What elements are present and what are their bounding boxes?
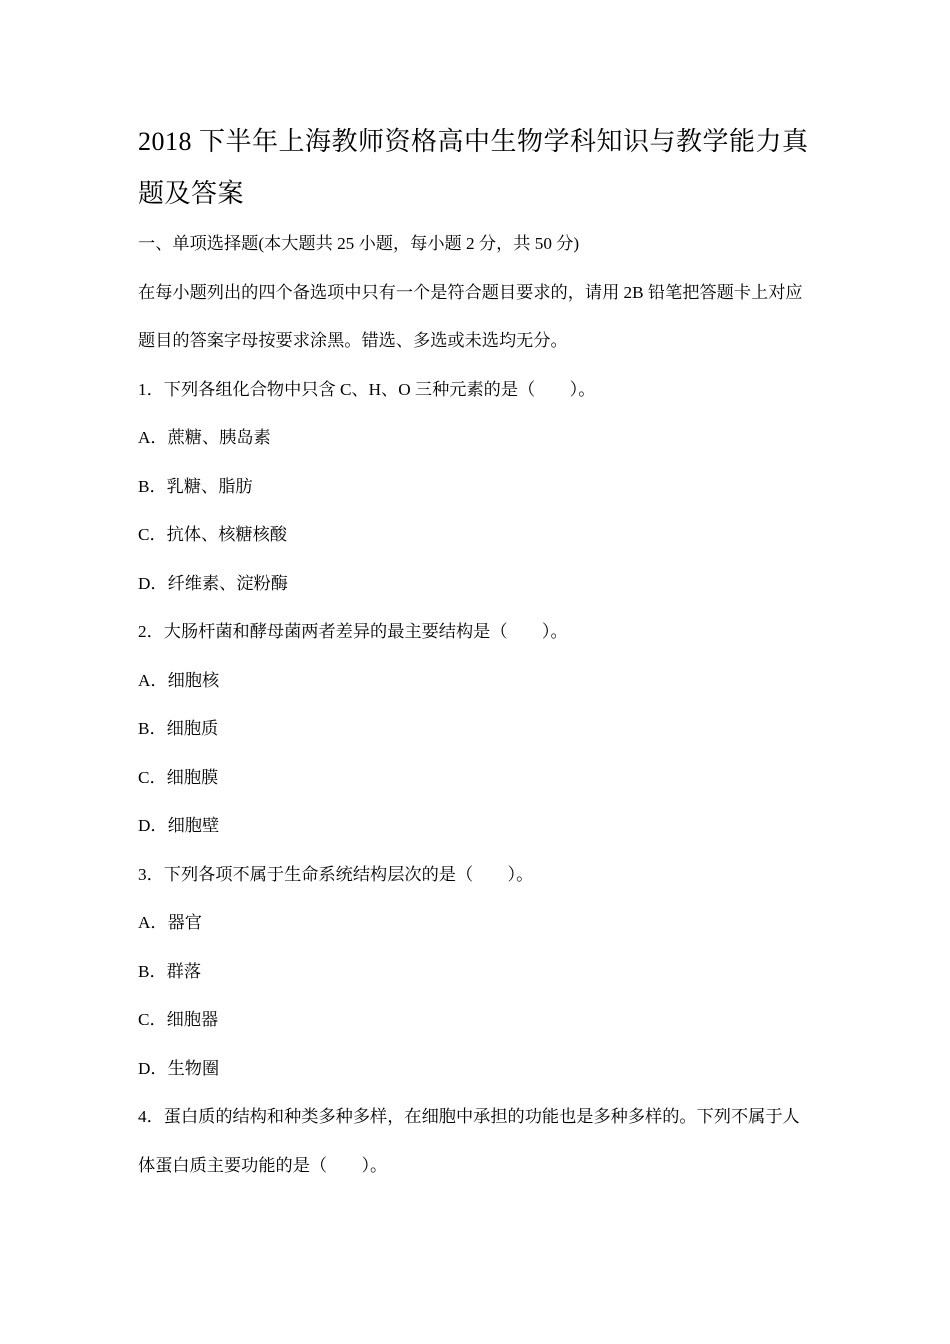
question-1-option-b: B．乳糖、脂肪 xyxy=(138,463,812,512)
option-label: C． xyxy=(138,768,167,787)
question-2-option-b: B．细胞质 xyxy=(138,705,812,754)
option-label: B． xyxy=(138,962,167,981)
option-text: 纤维素、淀粉酶 xyxy=(168,574,288,593)
option-label: D． xyxy=(138,574,168,593)
question-2-text: 大肠杆菌和酵母菌两者差异的最主要结构是（ ）。 xyxy=(164,622,568,641)
option-text: 器官 xyxy=(168,913,202,932)
question-1-option-d: D．纤维素、淀粉酶 xyxy=(138,560,812,609)
question-3-number: 3． xyxy=(138,865,164,884)
option-text: 群落 xyxy=(167,962,201,981)
section-instructions: 在每小题列出的四个备选项中只有一个是符合题目要求的，请用 2B 铅笔把答题卡上对… xyxy=(138,269,812,366)
question-1-option-c: C．抗体、核糖核酸 xyxy=(138,511,812,560)
option-text: 细胞器 xyxy=(167,1010,219,1029)
question-2: 2．大肠杆菌和酵母菌两者差异的最主要结构是（ ）。 A．细胞核 B．细胞质 C．… xyxy=(138,608,812,851)
option-text: 细胞核 xyxy=(168,671,220,690)
option-text: 抗体、核糖核酸 xyxy=(167,525,287,544)
question-3-option-a: A．器官 xyxy=(138,899,812,948)
question-1-text: 下列各组化合物中只含 C、H、O 三种元素的是（ ）。 xyxy=(164,380,596,399)
question-4-number: 4． xyxy=(138,1107,164,1126)
question-1-number: 1． xyxy=(138,380,164,399)
option-text: 细胞壁 xyxy=(168,816,220,835)
question-2-stem: 2．大肠杆菌和酵母菌两者差异的最主要结构是（ ）。 xyxy=(138,608,812,657)
question-2-number: 2． xyxy=(138,622,164,641)
option-label: D． xyxy=(138,816,168,835)
question-2-option-a: A．细胞核 xyxy=(138,657,812,706)
option-label: C． xyxy=(138,1010,167,1029)
option-label: C． xyxy=(138,525,167,544)
option-label: B． xyxy=(138,719,167,738)
document-page: 2018 下半年上海教师资格高中生物学科知识与教学能力真题及答案 一、单项选择题… xyxy=(0,0,950,1344)
option-text: 蔗糖、胰岛素 xyxy=(168,428,271,447)
option-text: 乳糖、脂肪 xyxy=(167,477,253,496)
option-label: A． xyxy=(138,671,168,690)
option-label: A． xyxy=(138,913,168,932)
question-3-option-c: C．细胞器 xyxy=(138,996,812,1045)
option-label: A． xyxy=(138,428,168,447)
section-heading: 一、单项选择题(本大题共 25 小题，每小题 2 分，共 50 分) xyxy=(138,220,812,269)
option-label: D． xyxy=(138,1059,168,1078)
question-4-text: 蛋白质的结构和种类多种多样，在细胞中承担的功能也是多种多样的。下列不属于人体蛋白… xyxy=(138,1107,800,1175)
question-4-stem: 4．蛋白质的结构和种类多种多样，在细胞中承担的功能也是多种多样的。下列不属于人体… xyxy=(138,1093,812,1190)
option-label: B． xyxy=(138,477,167,496)
question-3-stem: 3．下列各项不属于生命系统结构层次的是（ ）。 xyxy=(138,851,812,900)
option-text: 生物圈 xyxy=(168,1059,220,1078)
question-3: 3．下列各项不属于生命系统结构层次的是（ ）。 A．器官 B．群落 C．细胞器 … xyxy=(138,851,812,1094)
question-3-option-b: B．群落 xyxy=(138,948,812,997)
document-title: 2018 下半年上海教师资格高中生物学科知识与教学能力真题及答案 xyxy=(138,116,812,220)
question-2-option-d: D．细胞壁 xyxy=(138,802,812,851)
question-2-option-c: C．细胞膜 xyxy=(138,754,812,803)
question-3-text: 下列各项不属于生命系统结构层次的是（ ）。 xyxy=(164,865,534,884)
question-4: 4．蛋白质的结构和种类多种多样，在细胞中承担的功能也是多种多样的。下列不属于人体… xyxy=(138,1093,812,1190)
question-1-option-a: A．蔗糖、胰岛素 xyxy=(138,414,812,463)
question-1-stem: 1．下列各组化合物中只含 C、H、O 三种元素的是（ ）。 xyxy=(138,366,812,415)
option-text: 细胞质 xyxy=(167,719,219,738)
option-text: 细胞膜 xyxy=(167,768,219,787)
question-3-option-d: D．生物圈 xyxy=(138,1045,812,1094)
question-1: 1．下列各组化合物中只含 C、H、O 三种元素的是（ ）。 A．蔗糖、胰岛素 B… xyxy=(138,366,812,609)
